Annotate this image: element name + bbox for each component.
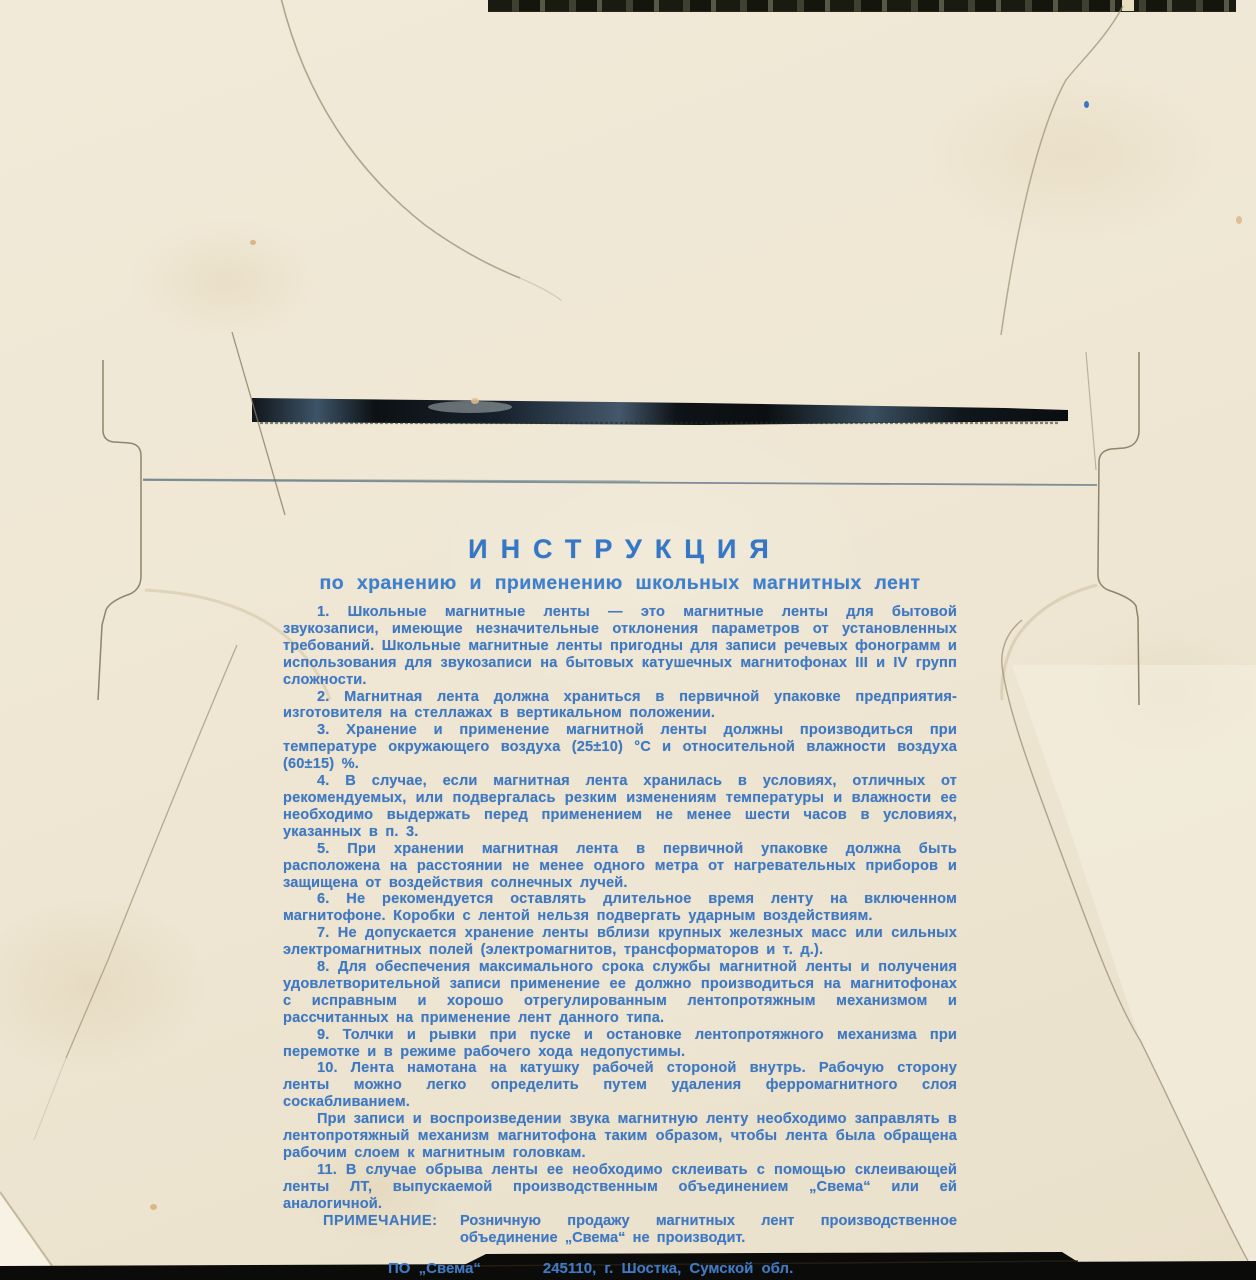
age-speck: [471, 398, 479, 404]
blue-ink-speck: [1084, 101, 1089, 108]
under-flap-right: [1012, 665, 1256, 1266]
paragraph-5: 5. При хранении магнитная лента в первич…: [283, 841, 957, 892]
paragraph-11: 11. В случае обрыва ленты ее необходимо …: [283, 1162, 957, 1213]
tape-slot-opening: [252, 398, 1068, 425]
bottom-flap-crease-left-tail: [34, 1058, 66, 1140]
age-speck: [250, 240, 256, 245]
note: ПРИМЕЧАНИЕ: Розничную продажу магнитных …: [283, 1213, 957, 1248]
paragraph-9: 9. Толчки и рывки при пуске и остановке …: [283, 1027, 957, 1061]
slot-glint: [428, 401, 512, 413]
slot-diagonal-right: [1086, 352, 1096, 470]
age-speck: [150, 1204, 157, 1210]
top-flap-curve-left-tail: [520, 278, 562, 301]
left-tab-cutline: [98, 360, 141, 700]
paragraph-3: 3. Хранение и применение магнитной ленты…: [283, 722, 957, 773]
instruction-subtitle: по хранению и применению школьных магнит…: [283, 572, 957, 595]
note-label: ПРИМЕЧАНИЕ:: [323, 1213, 438, 1230]
note-text: Розничную продажу магнитных лент произво…: [460, 1213, 957, 1246]
age-speck: [1236, 216, 1242, 224]
paragraph-6: 6. Не рекомендуется оставлять длительное…: [283, 891, 957, 925]
tape-box-back-scan: ИНСТРУКЦИЯ по хранению и применению школ…: [0, 0, 1256, 1280]
paragraph-10: 10. Лента намотана на катушку рабочей ст…: [283, 1060, 957, 1111]
instruction-text-block: ИНСТРУКЦИЯ по хранению и применению школ…: [283, 534, 957, 1277]
instruction-title: ИНСТРУКЦИЯ: [293, 534, 957, 565]
bottom-flap-crease-left: [66, 645, 237, 1058]
paragraph-1: 1. Школьные магнитные ленты — это магнит…: [283, 604, 957, 689]
paragraph-4: 4. В случае, если магнитная лента хранил…: [283, 773, 957, 841]
paragraph-7: 7. Не допускается хранение ленты вблизи …: [283, 925, 957, 959]
paragraph-2: 2. Магнитная лента должна храниться в пе…: [283, 689, 957, 723]
footer: ПО „Свема“ 245110, г. Шостка, Сумской об…: [283, 1260, 957, 1277]
top-flap-curve-left: [281, 0, 520, 278]
right-tab-cutline: [1098, 352, 1139, 705]
manufacturer-address: 245110, г. Шостка, Сумской обл.: [543, 1260, 793, 1277]
top-flap-curve-right: [1001, 6, 1123, 335]
paragraph-8: 8. Для обеспечения максимального срока с…: [283, 959, 957, 1027]
paragraph-unnumbered: При записи и воспроизведении звука магни…: [283, 1111, 957, 1162]
manufacturer-name: ПО „Свема“: [388, 1260, 481, 1277]
